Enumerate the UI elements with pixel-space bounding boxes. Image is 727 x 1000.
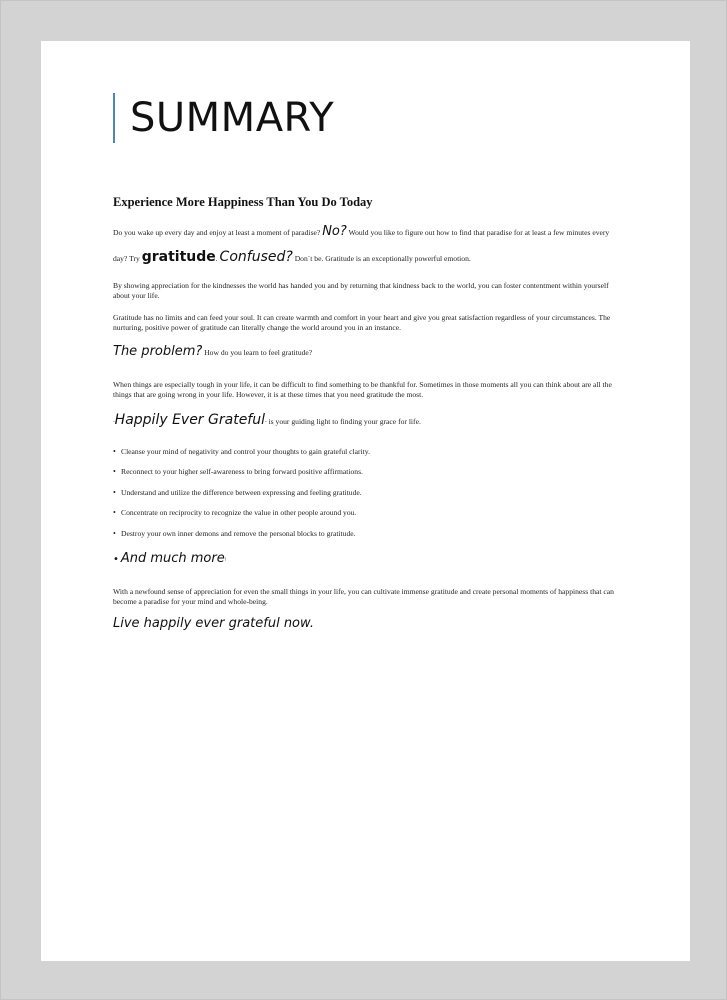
text: How do you learn to feel gratitude? <box>202 348 312 357</box>
text: day? Try <box>113 254 142 263</box>
bullet-icon: • <box>113 447 121 457</box>
emphasis-book-title: Happily Ever Grateful <box>115 412 265 428</box>
bullet-icon: • <box>113 488 121 498</box>
closing-text: Live happily ever grateful now. <box>113 616 314 631</box>
bullet-icon: • <box>113 508 121 518</box>
subtitle: Experience More Happiness Than You Do To… <box>113 195 373 210</box>
emphasis-confused: Confused? <box>220 249 293 265</box>
much-more-line: • And much more! <box>113 554 618 566</box>
document-page: SUMMARY Experience More Happiness Than Y… <box>41 41 690 961</box>
bullet-icon: • <box>113 554 119 565</box>
page-title: SUMMARY <box>130 93 334 143</box>
emphasis-much-more: And much more <box>121 551 225 566</box>
emphasis-gratitude: gratitude <box>142 249 216 265</box>
emphasis-problem: The problem? <box>113 344 202 359</box>
title-block: SUMMARY <box>113 93 334 143</box>
list-item: •Destroy your own inner demons and remov… <box>113 529 356 539</box>
happily-line: -Happily Ever Grateful- is your guiding … <box>113 415 618 428</box>
paragraph-gratitude-limits: Gratitude has no limits and can feed you… <box>113 313 618 333</box>
text: Do you wake up every day and enjoy at le… <box>113 228 322 237</box>
list-item: •Understand and utilize the difference b… <box>113 488 362 498</box>
list-item-text: Destroy your own inner demons and remove… <box>121 529 356 538</box>
text: Would you like to figure out how to find… <box>347 228 609 237</box>
text: is your guiding light to finding your gr… <box>267 417 421 426</box>
list-item: •Reconnect to your higher self-awareness… <box>113 467 363 477</box>
list-item-text: Concentrate on reciprocity to recognize … <box>121 508 356 517</box>
paragraph-intro-line2: day? Try gratitude. Confused? Don`t be. … <box>113 252 618 264</box>
paragraph-intro-line1: Do you wake up every day and enjoy at le… <box>113 227 618 238</box>
paragraph-newfound: With a newfound sense of appreciation fo… <box>113 587 618 607</box>
list-item-text: Cleanse your mind of negativity and cont… <box>121 447 370 456</box>
emphasis-no: No? <box>322 224 347 239</box>
list-item-text: Understand and utilize the difference be… <box>121 488 362 497</box>
list-item-text: Reconnect to your higher self-awareness … <box>121 467 363 476</box>
text: ! <box>225 558 227 563</box>
paragraph-appreciation: By showing appreciation for the kindness… <box>113 281 618 301</box>
closing-line: Live happily ever grateful now. <box>113 619 618 630</box>
list-item: •Cleanse your mind of negativity and con… <box>113 447 370 457</box>
paragraph-tough-times: When things are especially tough in your… <box>113 380 618 400</box>
list-item: •Concentrate on reciprocity to recognize… <box>113 508 356 518</box>
bullet-icon: • <box>113 467 121 477</box>
problem-line: The problem? How do you learn to feel gr… <box>113 347 618 358</box>
bullet-icon: • <box>113 529 121 539</box>
text: Don`t be. Gratitude is an exceptionally … <box>293 254 471 263</box>
